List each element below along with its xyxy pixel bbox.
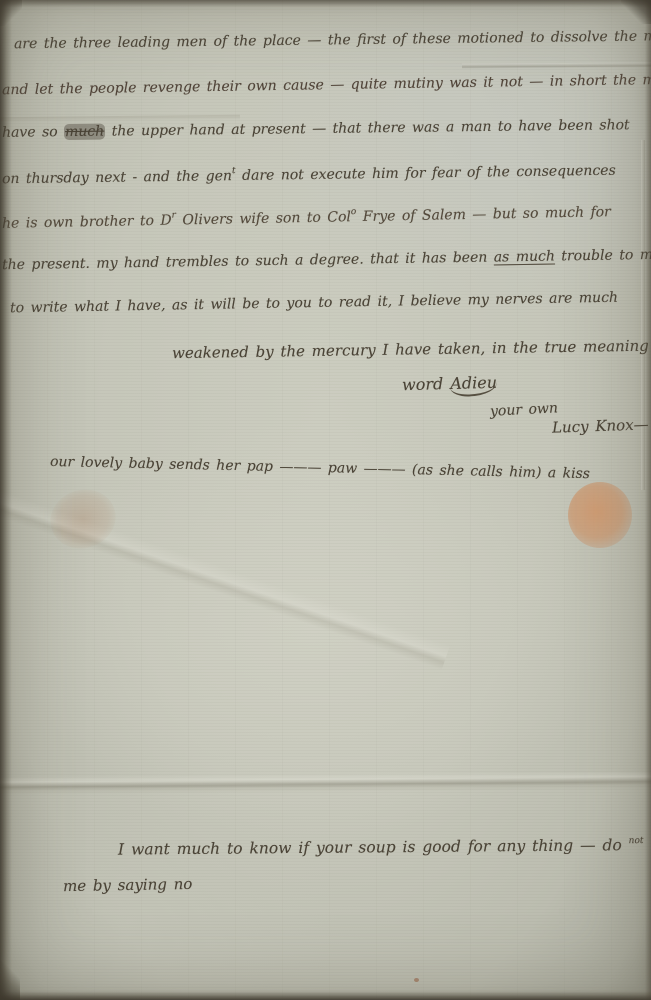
line-text: Olivers wife son to Col <box>176 209 351 228</box>
letter-line: the present. my hand trembles to such a … <box>2 247 651 273</box>
handwriting-layer: are the three leading men of the place —… <box>0 0 651 1000</box>
line-text: the upper hand at present — that there w… <box>105 117 630 139</box>
letter-line: have so much the upper hand at present —… <box>2 117 630 141</box>
line-text: I want much to know if your soup is good… <box>118 836 629 858</box>
line-text: on thursday next - and the gen <box>2 168 232 187</box>
letter-line: are the three leading men of the place —… <box>14 28 651 52</box>
line-text: trouble to me <box>555 247 651 265</box>
line-text: he is own brother to D <box>2 213 172 232</box>
underlined-phrase: as much <box>494 248 555 265</box>
postscript-line: I want much to know if your soup is good… <box>118 835 651 858</box>
struck-word: much <box>64 124 105 141</box>
line-text: have so <box>2 124 64 141</box>
inserted-word: not <box>629 836 644 846</box>
letter-line: and let the people revenge their own cau… <box>2 72 651 99</box>
postscript-line: our lovely baby sends her pap ——— paw ——… <box>50 454 590 482</box>
line-text: Frye of Salem — but so much for <box>356 204 611 225</box>
underlined-word-adieu: Adieu <box>450 373 497 397</box>
letter-line: on thursday next - and the gent dare not… <box>2 161 616 188</box>
postscript-line: me by saying no <box>63 875 193 895</box>
letter-line: to write what I have, as it will be to y… <box>10 290 618 317</box>
letter-photo: are the three leading men of the place —… <box>0 0 651 1000</box>
letter-line: he is own brother to Dr Olivers wife son… <box>2 202 611 232</box>
signature: Lucy Knox— <box>552 415 649 436</box>
letter-line: weakened by the mercury I have taken, in… <box>172 336 651 362</box>
line-text: mortify <box>643 835 651 854</box>
signature-prefix: your own <box>490 400 559 420</box>
line-text: dare not execute him for fear of the con… <box>236 163 616 184</box>
letter-closing: word Adieu <box>402 373 497 394</box>
line-text: word <box>402 374 451 394</box>
line-text: the present. my hand trembles to such a … <box>2 249 494 273</box>
